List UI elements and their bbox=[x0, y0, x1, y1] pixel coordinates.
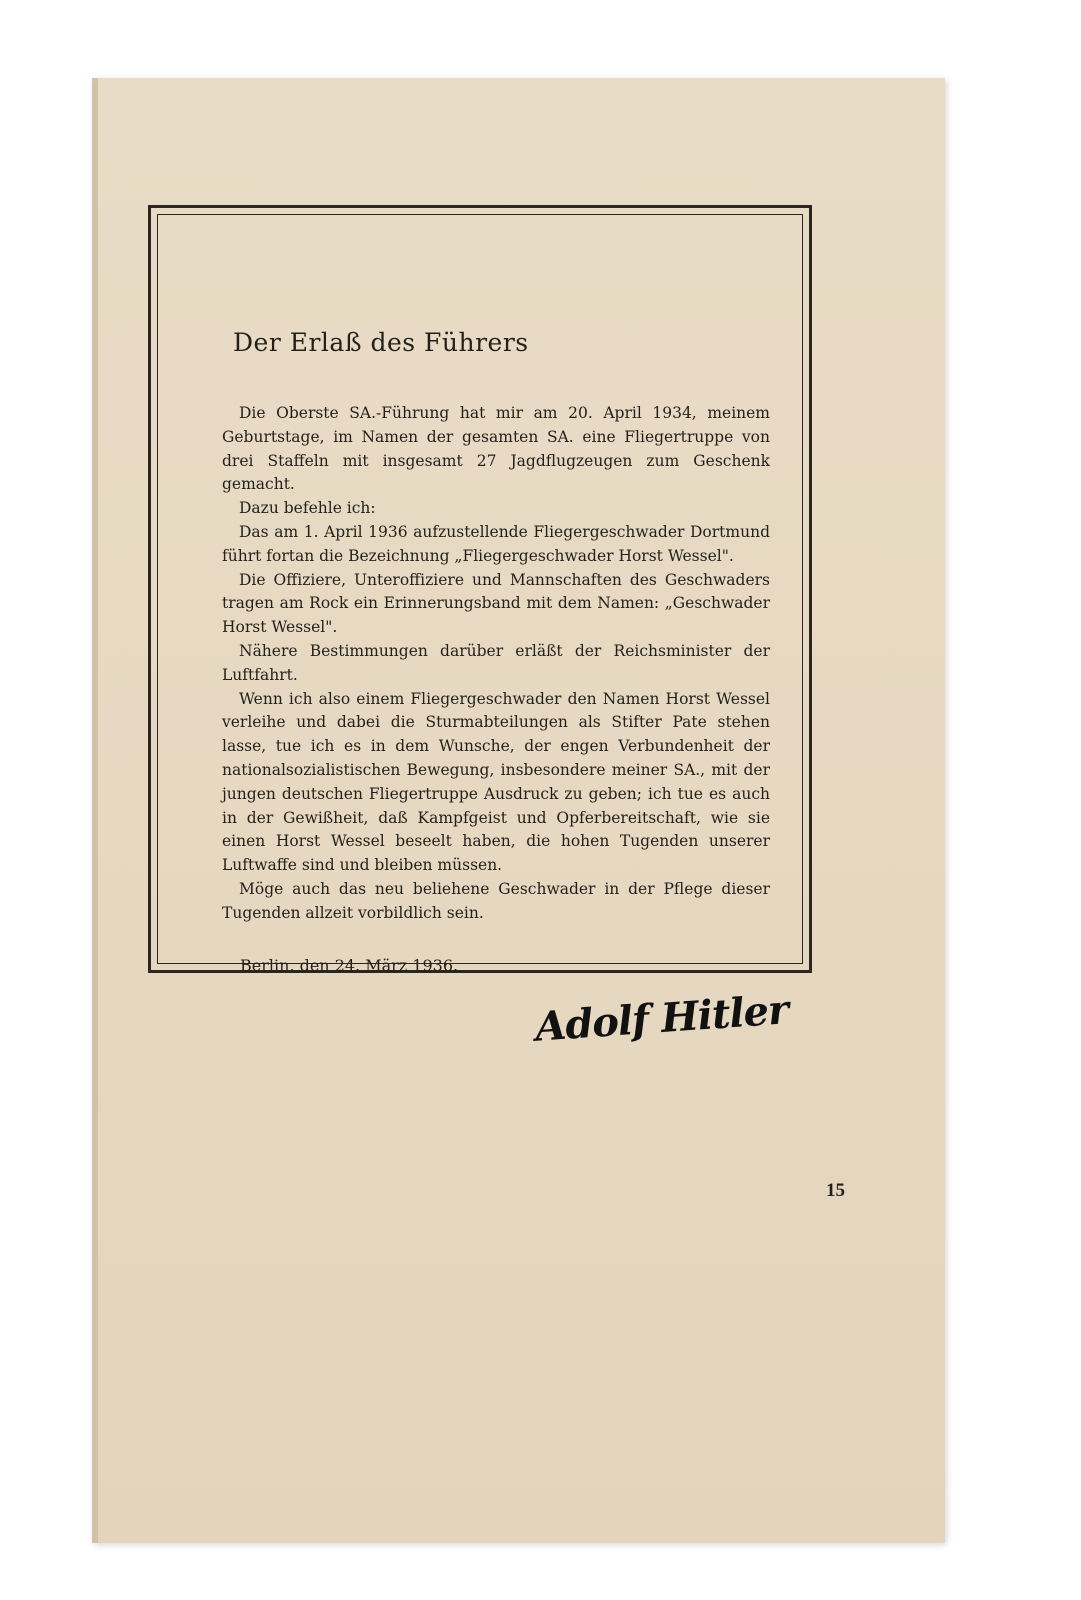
page-binding-edge bbox=[92, 78, 98, 1543]
page-number: 15 bbox=[826, 1180, 845, 1202]
paragraph: Wenn ich also einem Fliegergeschwader de… bbox=[222, 688, 770, 878]
paragraph: Dazu befehle ich: bbox=[222, 497, 770, 521]
dateline: Berlin, den 24. März 1936. bbox=[240, 956, 458, 975]
paragraph: Die Oberste SA.-Führung hat mir am 20. A… bbox=[222, 402, 770, 497]
paragraph: Das am 1. April 1936 aufzustellende Flie… bbox=[222, 521, 770, 569]
paragraph: Nähere Bestimmungen darüber erläßt der R… bbox=[222, 640, 770, 688]
paragraph: Die Offiziere, Unteroffiziere und Mannsc… bbox=[222, 569, 770, 640]
document-title: Der Erlaß des Führers bbox=[233, 328, 529, 357]
decree-body: Die Oberste SA.-Führung hat mir am 20. A… bbox=[222, 402, 770, 926]
paragraph: Möge auch das neu beliehene Geschwader i… bbox=[222, 878, 770, 926]
